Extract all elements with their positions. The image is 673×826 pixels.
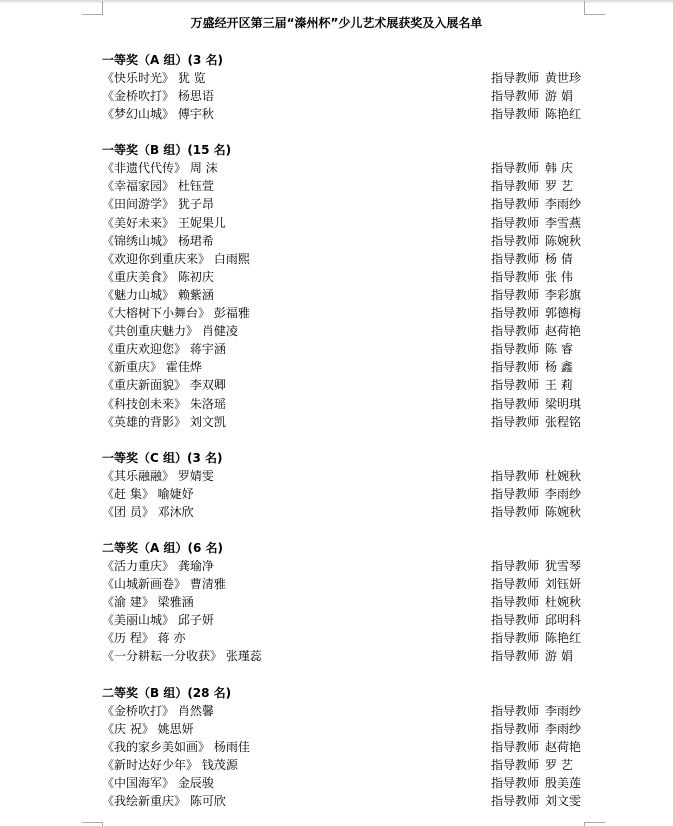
work-title: 《美好未来》 (102, 216, 174, 230)
award-entry-row: 《新时达好少年》 钱茂源指导教师罗 艺 (102, 756, 592, 774)
teacher-label: 指导教师 (491, 378, 539, 392)
student-name: 钱茂源 (202, 758, 238, 772)
student-name: 龚瑜净 (178, 559, 214, 573)
entry-work-and-student: 《英雄的背影》 刘文凯 (102, 413, 226, 431)
teacher-name: 郭德梅 (545, 306, 581, 320)
entry-work-and-student: 《美好未来》 王妮果儿 (102, 214, 226, 232)
work-title: 《赶 集》 (102, 487, 154, 501)
award-entry-row: 《我绘新重庆》 陈可欣指导教师刘文雯 (102, 792, 592, 810)
student-name: 犹子昂 (178, 197, 214, 211)
work-title: 《重庆欢迎您》 (102, 342, 186, 356)
teacher-label: 指导教师 (491, 324, 539, 338)
teacher-name: 梁明琪 (545, 397, 581, 411)
teacher-label: 指导教师 (491, 758, 539, 772)
document-title: 万盛经开区第三届“溱州杯”少儿艺术展获奖及入展名单 (0, 14, 673, 31)
award-entry-row: 《一分耕耘一分收获》 张瑾蕊指导教师游 娟 (102, 647, 592, 665)
award-entry-row: 《赶 集》 喻婕妤指导教师李雨纱 (102, 485, 592, 503)
teacher-info: 指导教师陈艳红 (491, 105, 581, 123)
teacher-label: 指导教师 (491, 397, 539, 411)
entry-work-and-student: 《重庆新面貌》 李双卿 (102, 376, 226, 394)
work-title: 《快乐时光》 (102, 71, 174, 85)
teacher-label: 指导教师 (491, 776, 539, 790)
teacher-info: 指导教师张程铭 (491, 413, 581, 431)
work-title: 《金桥吹打》 (102, 89, 174, 103)
student-name: 周 沫 (190, 161, 218, 175)
teacher-info: 指导教师游 娟 (491, 647, 573, 665)
section-title: 二等奖（B 组）(28 名) (102, 684, 592, 702)
teacher-label: 指导教师 (491, 595, 539, 609)
entry-work-and-student: 《快乐时光》 犹 览 (102, 69, 206, 87)
teacher-name: 张程铭 (545, 415, 581, 429)
section-title: 一等奖（A 组）(3 名) (102, 51, 592, 69)
student-name: 邓沐欣 (158, 505, 194, 519)
award-entry-row: 《科技创未来》 朱洛瑶指导教师梁明琪 (102, 395, 592, 413)
teacher-info: 指导教师游 娟 (491, 87, 573, 105)
section-title: 二等奖（A 组）(6 名) (102, 539, 592, 557)
teacher-label: 指导教师 (491, 740, 539, 754)
teacher-label: 指导教师 (491, 415, 539, 429)
award-entry-row: 《美丽山城》 邱子妍指导教师邱明科 (102, 611, 592, 629)
work-title: 《我绘新重庆》 (102, 794, 186, 808)
award-entry-row: 《其乐融融》 罗婧雯指导教师杜婉秋 (102, 467, 592, 485)
student-name: 姚思妍 (158, 722, 194, 736)
teacher-name: 杨 鑫 (545, 360, 573, 374)
teacher-info: 指导教师犹雪琴 (491, 557, 581, 575)
entry-work-and-student: 《科技创未来》 朱洛瑶 (102, 395, 226, 413)
teacher-name: 陈婉秋 (545, 234, 581, 248)
teacher-info: 指导教师李雨纱 (491, 195, 581, 213)
teacher-label: 指导教师 (491, 722, 539, 736)
award-entry-row: 《重庆新面貌》 李双卿指导教师王 莉 (102, 376, 592, 394)
student-name: 肖健凌 (202, 324, 238, 338)
teacher-name: 李雨纱 (545, 487, 581, 501)
entry-work-and-student: 《重庆欢迎您》 蒋宇涵 (102, 340, 226, 358)
student-name: 朱洛瑶 (190, 397, 226, 411)
award-entry-row: 《重庆美食》 陈初庆指导教师张 伟 (102, 268, 592, 286)
student-name: 梁雅涵 (158, 595, 194, 609)
student-name: 蒋宇涵 (190, 342, 226, 356)
student-name: 喻婕妤 (158, 487, 194, 501)
entry-work-and-student: 《梦幻山城》 傅宇秋 (102, 105, 214, 123)
work-title: 《梦幻山城》 (102, 107, 174, 121)
entry-work-and-student: 《大榕树下小舞台》 彭福雅 (102, 304, 250, 322)
award-entry-row: 《大榕树下小舞台》 彭福雅指导教师郭德梅 (102, 304, 592, 322)
entry-work-and-student: 《我绘新重庆》 陈可欣 (102, 792, 226, 810)
student-name: 金辰骏 (178, 776, 214, 790)
student-name: 杜钰萱 (178, 179, 214, 193)
entry-work-and-student: 《非遗代代传》 周 沫 (102, 159, 218, 177)
award-section: 二等奖（A 组）(6 名)《活力重庆》 龚瑜净指导教师犹雪琴《山城新画卷》 曹清… (102, 539, 592, 666)
entry-work-and-student: 《美丽山城》 邱子妍 (102, 611, 214, 629)
student-name: 李双卿 (190, 378, 226, 392)
student-name: 邱子妍 (178, 613, 214, 627)
student-name: 陈可欣 (190, 794, 226, 808)
work-title: 《大榕树下小舞台》 (102, 306, 210, 320)
teacher-label: 指导教师 (491, 559, 539, 573)
teacher-info: 指导教师刘钰妍 (491, 575, 581, 593)
work-title: 《幸福家园》 (102, 179, 174, 193)
award-section: 一等奖（B 组）(15 名)《非遗代代传》 周 沫指导教师韩 庆《幸福家园》 杜… (102, 141, 592, 430)
entry-work-and-student: 《魅力山城》 赖紫涵 (102, 286, 214, 304)
work-title: 《魅力山城》 (102, 288, 174, 302)
teacher-name: 陈婉秋 (545, 505, 581, 519)
entry-work-and-student: 《幸福家园》 杜钰萱 (102, 177, 214, 195)
teacher-name: 李彩旗 (545, 288, 581, 302)
work-title: 《田间游学》 (102, 197, 174, 211)
award-entry-row: 《团 员》 邓沐欣指导教师陈婉秋 (102, 503, 592, 521)
entry-work-and-student: 《我的家乡美如画》 杨雨佳 (102, 738, 250, 756)
teacher-label: 指导教师 (491, 288, 539, 302)
teacher-label: 指导教师 (491, 577, 539, 591)
entry-work-and-student: 《团 员》 邓沐欣 (102, 503, 194, 521)
student-name: 肖然馨 (178, 704, 214, 718)
award-entry-row: 《活力重庆》 龚瑜净指导教师犹雪琴 (102, 557, 592, 575)
entry-work-and-student: 《中国海军》 金辰骏 (102, 774, 214, 792)
award-entry-row: 《英雄的背影》 刘文凯指导教师张程铭 (102, 413, 592, 431)
award-entry-row: 《重庆欢迎您》 蒋宇涵指导教师陈 睿 (102, 340, 592, 358)
teacher-info: 指导教师陈婉秋 (491, 232, 581, 250)
student-name: 陈初庆 (178, 270, 214, 284)
teacher-info: 指导教师杜婉秋 (491, 467, 581, 485)
teacher-info: 指导教师殷美莲 (491, 774, 581, 792)
teacher-info: 指导教师杨 倩 (491, 250, 573, 268)
teacher-name: 陈艳红 (545, 107, 581, 121)
work-title: 《新时达好少年》 (102, 758, 198, 772)
teacher-info: 指导教师罗 艺 (491, 177, 573, 195)
student-name: 刘文凯 (190, 415, 226, 429)
teacher-info: 指导教师杜婉秋 (491, 593, 581, 611)
work-title: 《英雄的背影》 (102, 415, 186, 429)
teacher-label: 指导教师 (491, 179, 539, 193)
work-title: 《金桥吹打》 (102, 704, 174, 718)
entry-work-and-student: 《活力重庆》 龚瑜净 (102, 557, 214, 575)
teacher-name: 游 娟 (545, 89, 573, 103)
entry-work-and-student: 《共创重庆魅力》 肖健凌 (102, 322, 238, 340)
student-name: 犹 览 (178, 71, 206, 85)
teacher-info: 指导教师邱明科 (491, 611, 581, 629)
teacher-info: 指导教师陈艳红 (491, 629, 581, 647)
student-name: 曹清雅 (190, 577, 226, 591)
award-section: 一等奖（C 组）(3 名)《其乐融融》 罗婧雯指导教师杜婉秋《赶 集》 喻婕妤指… (102, 449, 592, 521)
teacher-label: 指导教师 (491, 234, 539, 248)
work-title: 《欢迎你到重庆来》 (102, 252, 210, 266)
award-entry-row: 《幸福家园》 杜钰萱指导教师罗 艺 (102, 177, 592, 195)
teacher-info: 指导教师王 莉 (491, 376, 573, 394)
teacher-name: 游 娟 (545, 649, 573, 663)
teacher-label: 指导教师 (491, 306, 539, 320)
student-name: 傅宇秋 (178, 107, 214, 121)
entry-work-and-student: 《金桥吹打》 杨思语 (102, 87, 214, 105)
student-name: 赖紫涵 (178, 288, 214, 302)
work-title: 《新重庆》 (102, 360, 162, 374)
entry-work-and-student: 《山城新画卷》 曹清雅 (102, 575, 226, 593)
teacher-info: 指导教师李雨纱 (491, 720, 581, 738)
teacher-label: 指导教师 (491, 469, 539, 483)
teacher-info: 指导教师罗 艺 (491, 756, 573, 774)
teacher-label: 指导教师 (491, 270, 539, 284)
teacher-name: 李雨纱 (545, 722, 581, 736)
teacher-name: 殷美莲 (545, 776, 581, 790)
teacher-name: 杜婉秋 (545, 595, 581, 609)
teacher-name: 李雨纱 (545, 197, 581, 211)
teacher-info: 指导教师赵荷艳 (491, 738, 581, 756)
entry-work-and-student: 《庆 祝》 姚思妍 (102, 720, 194, 738)
teacher-label: 指导教师 (491, 794, 539, 808)
entry-work-and-student: 《其乐融融》 罗婧雯 (102, 467, 214, 485)
entry-work-and-student: 《欢迎你到重庆来》 白雨熙 (102, 250, 250, 268)
teacher-label: 指导教师 (491, 197, 539, 211)
work-title: 《庆 祝》 (102, 722, 154, 736)
entry-work-and-student: 《锦绣山城》 杨珺希 (102, 232, 214, 250)
teacher-label: 指导教师 (491, 252, 539, 266)
teacher-info: 指导教师韩 庆 (491, 159, 573, 177)
teacher-info: 指导教师刘文雯 (491, 792, 581, 810)
entry-work-and-student: 《田间游学》 犹子昂 (102, 195, 214, 213)
work-title: 《重庆新面貌》 (102, 378, 186, 392)
work-title: 《历 程》 (102, 631, 154, 645)
margin-corner-mark-top-left (82, 1, 103, 15)
teacher-info: 指导教师梁明琪 (491, 395, 581, 413)
student-name: 王妮果儿 (178, 216, 226, 230)
teacher-name: 李雨纱 (545, 704, 581, 718)
teacher-info: 指导教师张 伟 (491, 268, 573, 286)
award-entry-row: 《新重庆》 霍佳烨指导教师杨 鑫 (102, 358, 592, 376)
teacher-info: 指导教师陈婉秋 (491, 503, 581, 521)
teacher-label: 指导教师 (491, 89, 539, 103)
teacher-label: 指导教师 (491, 631, 539, 645)
award-entry-row: 《庆 祝》 姚思妍指导教师李雨纱 (102, 720, 592, 738)
teacher-name: 陈 睿 (545, 342, 573, 356)
teacher-label: 指导教师 (491, 505, 539, 519)
award-entry-row: 《中国海军》 金辰骏指导教师殷美莲 (102, 774, 592, 792)
work-title: 《美丽山城》 (102, 613, 174, 627)
work-title: 《其乐融融》 (102, 469, 174, 483)
work-title: 《重庆美食》 (102, 270, 174, 284)
award-entry-row: 《渝 建》 梁雅涵指导教师杜婉秋 (102, 593, 592, 611)
teacher-info: 指导教师郭德梅 (491, 304, 581, 322)
work-title: 《活力重庆》 (102, 559, 174, 573)
student-name: 罗婧雯 (178, 469, 214, 483)
teacher-label: 指导教师 (491, 649, 539, 663)
teacher-info: 指导教师李雪燕 (491, 214, 581, 232)
entry-work-and-student: 《一分耕耘一分收获》 张瑾蕊 (102, 647, 262, 665)
award-entry-row: 《我的家乡美如画》 杨雨佳指导教师赵荷艳 (102, 738, 592, 756)
work-title: 《共创重庆魅力》 (102, 324, 198, 338)
work-title: 《渝 建》 (102, 595, 154, 609)
teacher-name: 罗 艺 (545, 758, 573, 772)
award-entry-row: 《金桥吹打》 杨思语指导教师游 娟 (102, 87, 592, 105)
teacher-info: 指导教师黄世珍 (491, 69, 581, 87)
teacher-name: 刘钰妍 (545, 577, 581, 591)
award-entry-row: 《锦绣山城》 杨珺希指导教师陈婉秋 (102, 232, 592, 250)
teacher-name: 王 莉 (545, 378, 573, 392)
award-entry-row: 《非遗代代传》 周 沫指导教师韩 庆 (102, 159, 592, 177)
award-section: 二等奖（B 组）(28 名)《金桥吹打》 肖然馨指导教师李雨纱《庆 祝》 姚思妍… (102, 684, 592, 811)
work-title: 《一分耕耘一分收获》 (102, 649, 222, 663)
teacher-name: 赵荷艳 (545, 740, 581, 754)
entry-work-and-student: 《赶 集》 喻婕妤 (102, 485, 194, 503)
student-name: 霍佳烨 (166, 360, 202, 374)
entry-work-and-student: 《新时达好少年》 钱茂源 (102, 756, 238, 774)
work-title: 《山城新画卷》 (102, 577, 186, 591)
teacher-info: 指导教师杨 鑫 (491, 358, 573, 376)
teacher-label: 指导教师 (491, 161, 539, 175)
award-section: 一等奖（A 组）(3 名)《快乐时光》 犹 览指导教师黄世珍《金桥吹打》 杨思语… (102, 51, 592, 123)
teacher-info: 指导教师陈 睿 (491, 340, 573, 358)
teacher-name: 赵荷艳 (545, 324, 581, 338)
award-entry-row: 《田间游学》 犹子昂指导教师李雨纱 (102, 195, 592, 213)
award-entry-row: 《梦幻山城》 傅宇秋指导教师陈艳红 (102, 105, 592, 123)
teacher-name: 李雪燕 (545, 216, 581, 230)
teacher-info: 指导教师李雨纱 (491, 485, 581, 503)
award-entry-row: 《山城新画卷》 曹清雅指导教师刘钰妍 (102, 575, 592, 593)
teacher-label: 指导教师 (491, 613, 539, 627)
award-entry-row: 《美好未来》 王妮果儿指导教师李雪燕 (102, 214, 592, 232)
student-name: 白雨熙 (214, 252, 250, 266)
award-entry-row: 《欢迎你到重庆来》 白雨熙指导教师杨 倩 (102, 250, 592, 268)
work-title: 《科技创未来》 (102, 397, 186, 411)
teacher-name: 杨 倩 (545, 252, 573, 266)
teacher-label: 指导教师 (491, 71, 539, 85)
entry-work-and-student: 《渝 建》 梁雅涵 (102, 593, 194, 611)
work-title: 《我的家乡美如画》 (102, 740, 210, 754)
teacher-name: 韩 庆 (545, 161, 573, 175)
teacher-info: 指导教师李雨纱 (491, 702, 581, 720)
award-entry-row: 《快乐时光》 犹 览指导教师黄世珍 (102, 69, 592, 87)
teacher-label: 指导教师 (491, 107, 539, 121)
teacher-label: 指导教师 (491, 487, 539, 501)
teacher-info: 指导教师李彩旗 (491, 286, 581, 304)
work-title: 《团 员》 (102, 505, 154, 519)
margin-corner-mark-bottom-left (82, 822, 103, 826)
teacher-name: 陈艳红 (545, 631, 581, 645)
work-title: 《中国海军》 (102, 776, 174, 790)
teacher-name: 犹雪琴 (545, 559, 581, 573)
award-entry-row: 《历 程》 蒋 亦指导教师陈艳红 (102, 629, 592, 647)
teacher-name: 黄世珍 (545, 71, 581, 85)
entry-work-and-student: 《新重庆》 霍佳烨 (102, 358, 202, 376)
teacher-label: 指导教师 (491, 704, 539, 718)
section-title: 一等奖（C 组）(3 名) (102, 449, 592, 467)
entry-work-and-student: 《重庆美食》 陈初庆 (102, 268, 214, 286)
student-name: 杨雨佳 (214, 740, 250, 754)
work-title: 《锦绣山城》 (102, 234, 174, 248)
student-name: 杨思语 (178, 89, 214, 103)
teacher-name: 刘文雯 (545, 794, 581, 808)
student-name: 杨珺希 (178, 234, 214, 248)
student-name: 张瑾蕊 (226, 649, 262, 663)
margin-corner-mark-top-right (584, 1, 605, 15)
teacher-label: 指导教师 (491, 360, 539, 374)
teacher-name: 罗 艺 (545, 179, 573, 193)
teacher-name: 张 伟 (545, 270, 573, 284)
award-entry-row: 《金桥吹打》 肖然馨指导教师李雨纱 (102, 702, 592, 720)
award-entry-row: 《魅力山城》 赖紫涵指导教师李彩旗 (102, 286, 592, 304)
teacher-name: 杜婉秋 (545, 469, 581, 483)
award-entry-row: 《共创重庆魅力》 肖健凌指导教师赵荷艳 (102, 322, 592, 340)
student-name: 彭福雅 (214, 306, 250, 320)
teacher-label: 指导教师 (491, 342, 539, 356)
entry-work-and-student: 《金桥吹打》 肖然馨 (102, 702, 214, 720)
student-name: 蒋 亦 (158, 631, 186, 645)
work-title: 《非遗代代传》 (102, 161, 186, 175)
section-title: 一等奖（B 组）(15 名) (102, 141, 592, 159)
teacher-info: 指导教师赵荷艳 (491, 322, 581, 340)
document-body: 一等奖（A 组）(3 名)《快乐时光》 犹 览指导教师黄世珍《金桥吹打》 杨思语… (102, 51, 592, 826)
teacher-name: 邱明科 (545, 613, 581, 627)
entry-work-and-student: 《历 程》 蒋 亦 (102, 629, 185, 647)
teacher-label: 指导教师 (491, 216, 539, 230)
